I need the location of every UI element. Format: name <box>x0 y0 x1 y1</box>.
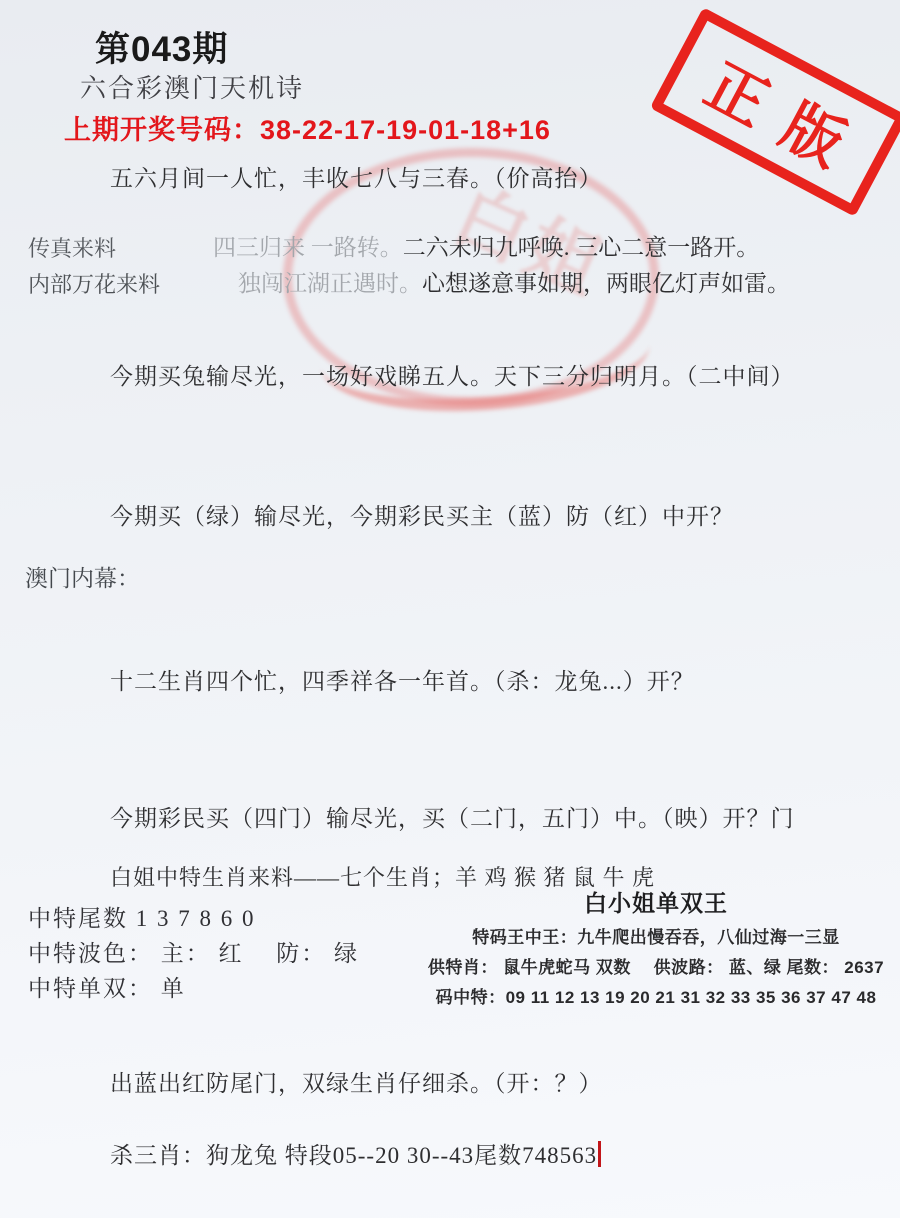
text-cursor <box>598 1141 601 1167</box>
stat-odd-even: 中特单双： 单 <box>28 970 186 1003</box>
panel-line-number-list: 码中特：09 11 12 13 19 20 21 31 32 33 35 36 … <box>420 983 892 1008</box>
poem-line-4: 十二生肖四个忙，四季祥各一年首。（杀：龙兔...）开？ <box>110 663 695 696</box>
poem-line-5: 今期彩民买（四门）输尽光，买（二门，五门）中。（映）开？门 <box>110 800 795 833</box>
poem-line-2: 今期买兔输尽光，一场好戏睇五人。天下三分归明月。（二中间） <box>110 358 795 391</box>
last-draw-numbers: 上期开奖号码：38-22-17-19-01-18+16 <box>64 108 551 147</box>
panel-line-zodiac-wave: 供特肖： 鼠牛虎蛇马 双数 供波路： 蓝、绿 尾数： 2637 <box>420 953 892 978</box>
panel-line-special-king: 特码王中王：九牛爬出慢吞吞，八仙过海一三显 <box>420 923 892 948</box>
kill-line-text: 杀三肖：狗龙兔 特段05--20 30--43尾数748563 <box>110 1143 597 1168</box>
page-subtitle: 六合彩澳门天机诗 <box>80 68 304 105</box>
kill-three-zodiac-line: 杀三肖：狗龙兔 特段05--20 30--43尾数748563 <box>110 1137 601 1170</box>
poem-line-6: 出蓝出红防尾门，双绿生肖仔细杀。（开：？） <box>110 1065 603 1098</box>
poem-line-3: 今期买（绿）输尽光，今期彩民买主（蓝）防（红）中开？ <box>110 498 734 531</box>
internal-text-main-part: 心想遂意事如期，两眼亿灯声如雷。 <box>422 271 790 296</box>
issue-title: 第043期 <box>95 22 228 72</box>
fax-text-main-part: 二六未归九呼唤. 三心二意一路开。 <box>403 235 760 260</box>
panel-title: 白小姐单双王 <box>420 885 892 918</box>
internal-source-text: 独闯江湖正遇时。心想遂意事如期，两眼亿灯声如雷。 <box>238 265 790 298</box>
stat-wave-color: 中特波色： 主： 红 防： 绿 <box>28 935 359 968</box>
genuine-stamp-label: 正版 <box>673 28 885 195</box>
fax-text-faint-part: 四三归来 一路转。 <box>213 235 403 260</box>
internal-source-label: 内部万花来料 <box>28 268 160 299</box>
stat-tail-numbers: 中特尾数 1 3 7 8 6 0 <box>28 900 256 933</box>
macau-insider-label: 澳门内幕： <box>25 560 140 593</box>
internal-text-faint-part: 独闯江湖正遇时。 <box>238 271 422 296</box>
baixiaojie-panel: 白小姐单双王 特码王中王：九牛爬出慢吞吞，八仙过海一三显 供特肖： 鼠牛虎蛇马 … <box>420 885 892 1008</box>
fax-source-text: 四三归来 一路转。二六未归九呼唤. 三心二意一路开。 <box>213 229 759 262</box>
fax-source-label: 传真来料 <box>28 232 116 263</box>
genuine-stamp: 正版 <box>650 7 900 217</box>
poem-line-1: 五六月间一人忙，丰收七八与三春。（价高抬） <box>110 160 603 193</box>
lottery-tip-sheet: { "header": { "issue_title": "第043期", "s… <box>0 0 900 1218</box>
